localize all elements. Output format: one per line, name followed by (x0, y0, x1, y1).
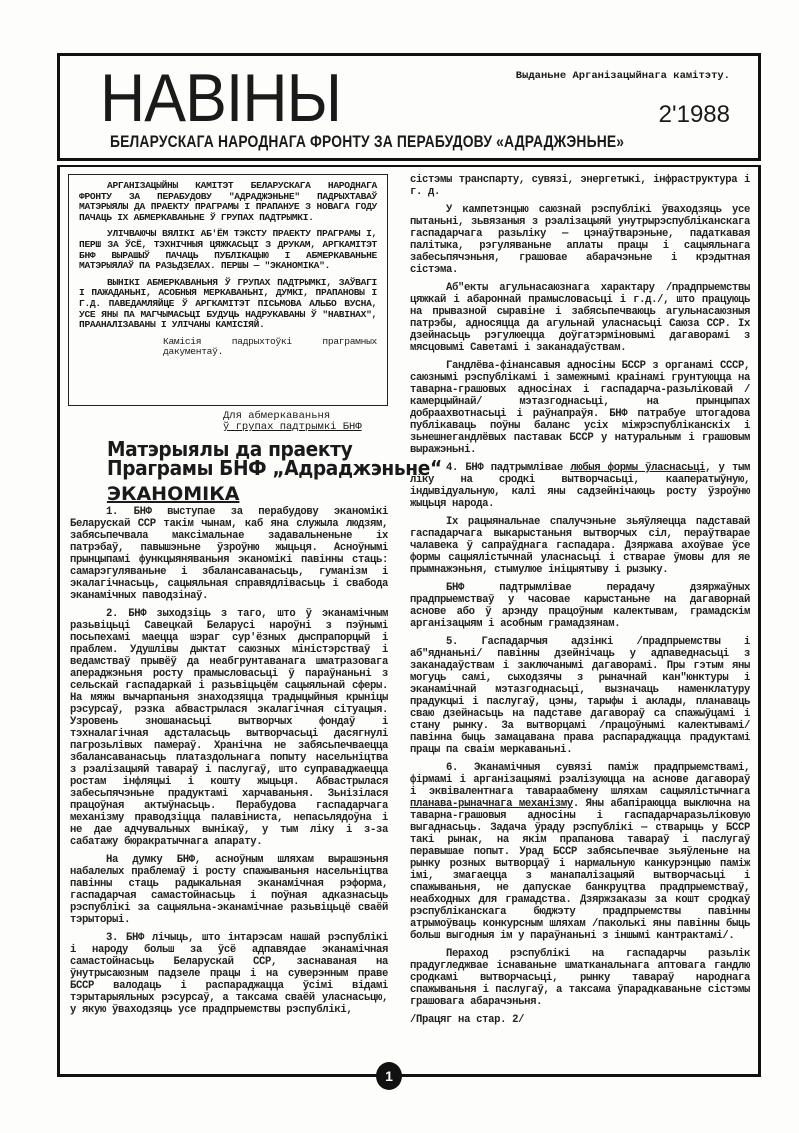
headline-line2: Праграмы БНФ „Адраджэньне“ (107, 459, 442, 478)
article-paragraph: Іх рацыянальнае спалучэньне зьяўляецца п… (410, 516, 750, 576)
publisher-line: Выданьне Арганізацыйнага камітэту. (516, 70, 730, 82)
organizing-committee-notice: АРГАНІЗАЦЫЙНЫ КАМІТЭТ БЕЛАРУСКАГА НАРОДН… (68, 174, 388, 406)
p6-text: . Яны абапіраюцца выключна на таварна-гр… (410, 798, 750, 942)
article-paragraph: 2. БНФ зыходзіць з таго, што ў эканамічн… (70, 608, 388, 848)
article-paragraph: На думку БНФ, асноўным шляхам вырашэньня… (70, 854, 388, 926)
article-headline: Матэрыялы да праекту Праграмы БНФ „Адрад… (107, 440, 442, 478)
notice-signature: Камісія падрыхтоўкі праграмных дакумента… (163, 337, 377, 358)
newspaper-page: НАВІНЫ Выданьне Арганізацыйнага камітэту… (0, 0, 799, 1133)
article-paragraph: сістэмы транспарту, сувязі, энергетыкі, … (410, 174, 750, 198)
discussion-note: Для абмеркаваньня ў групах падтрымкі БНФ (223, 411, 362, 433)
notice-paragraph: АРГАНІЗАЦЫЙНЫ КАМІТЭТ БЕЛАРУСКАГА НАРОДН… (79, 181, 377, 223)
article-paragraph: У кампетэнцыю саюзнай рэспублікі ўваходз… (410, 204, 750, 276)
article-paragraph: БНФ падтрымлівае перадачу дзяржаўных пра… (410, 582, 750, 630)
newspaper-subtitle: БЕЛАРУСКАГА НАРОДНАГА ФРОНТУ ЗА ПЕРАБУДО… (110, 133, 624, 152)
p4-underlined: любыя формы ўласнасьці (570, 462, 705, 474)
article-paragraph: 5. Гаспадарчыя адзінкі /прадпрыемствы і … (410, 636, 750, 756)
notice-paragraph: УЛІЧВАЮЧЫ ВЯЛІКІ АБ'ЁМ ТЭКСТУ ПРАЕКТУ ПР… (79, 229, 377, 271)
newspaper-title: НАВІНЫ (100, 64, 341, 132)
p6-text: 6. Эканамічныя сувязі паміж прадпрыемств… (410, 762, 750, 798)
footer-divider (57, 1074, 761, 1077)
section-title: ЭКАНОМІКА (107, 483, 239, 505)
article-paragraph: Аб"екты агульнасаюзнага характару /прадп… (410, 282, 750, 354)
p4-text: 4. БНФ падтрымлівае (446, 462, 570, 474)
right-column: сістэмы транспарту, сувязі, энергетыкі, … (410, 174, 750, 1032)
issue-number: 2'1988 (659, 101, 730, 129)
p6-underlined: планава-рыначнага механізму (410, 798, 573, 810)
left-column: 1. БНФ выступае за перабудову эканомікі … (70, 506, 388, 1022)
notice-paragraph: ВЫНІКІ АБМЕРКАВАНЬНЯ Ў ГРУПАХ ПАДТРЫМКІ,… (79, 278, 377, 331)
discussion-note-line2: ў групах падтрымкі БНФ (223, 422, 362, 433)
page-number-badge: 1 (376, 1062, 402, 1090)
article-paragraph: 3. БНФ лічыць, што інтарэсам нашай рэспу… (70, 932, 388, 1016)
continuation-note: /Працяг на стар. 2/ (410, 1014, 746, 1026)
article-paragraph-6: 6. Эканамічныя сувязі паміж прадпрыемств… (410, 762, 750, 942)
article-paragraph-4: 4. БНФ падтрымлівае любыя формы ўласнась… (410, 462, 750, 510)
masthead: НАВІНЫ Выданьне Арганізацыйнага камітэту… (57, 53, 761, 161)
article-paragraph: Пераход рэспублікі на гаспадарчы разьлік… (410, 948, 750, 1008)
article-paragraph: 1. БНФ выступае за перабудову эканомікі … (70, 506, 388, 602)
article-paragraph: Гандлёва-фінансавыя адносіны БССР з орга… (410, 360, 750, 456)
